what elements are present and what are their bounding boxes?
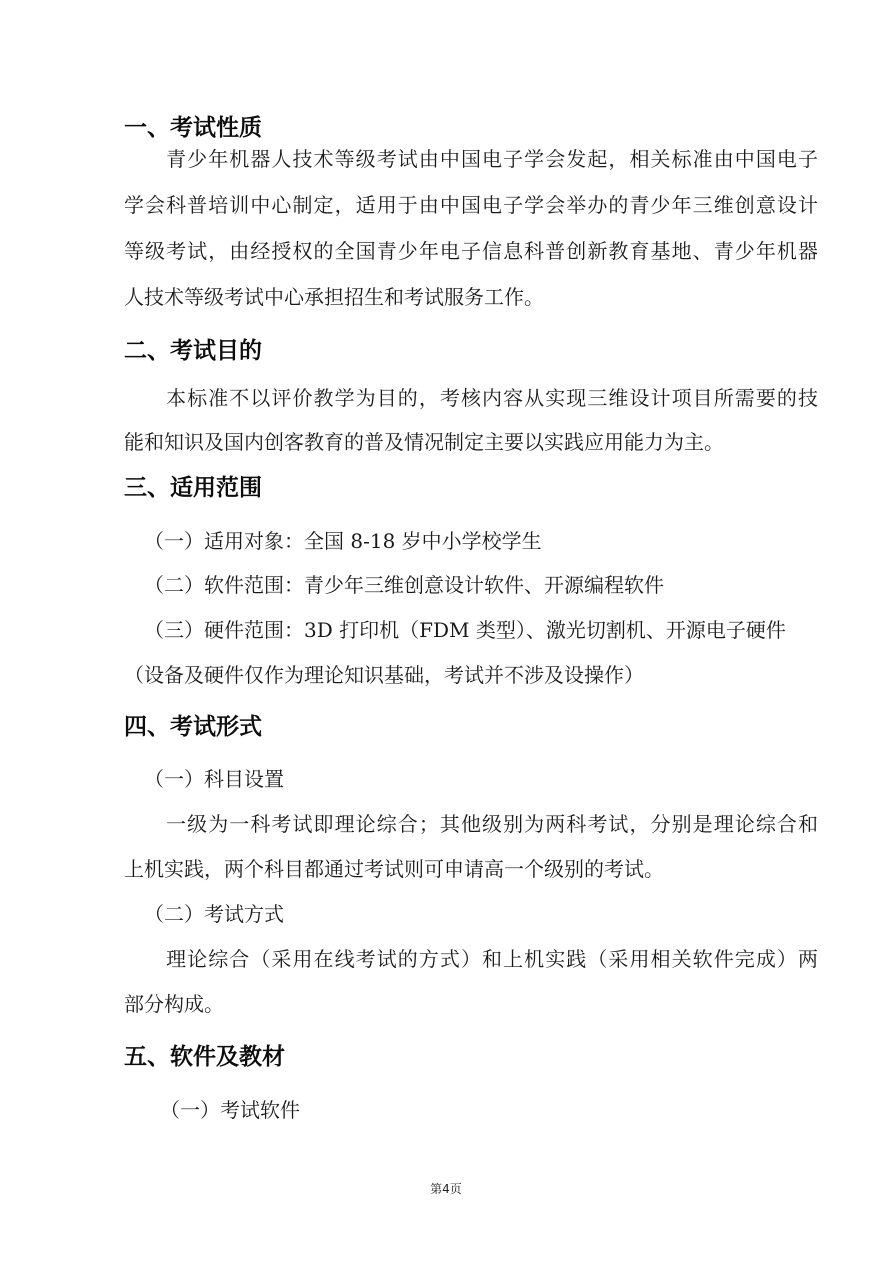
scope-item-hardware: （三）硬件范围：3D 打印机（FDM 类型）、激光切割机、开源电子硬件 — [144, 616, 786, 644]
page-number: 第4页 — [0, 1181, 892, 1197]
subsection-title-subjects: （一）科目设置 — [144, 765, 284, 793]
paragraph-line: 能和知识及国内创客教育的普及情况制定主要以实践应用能力为主。 — [124, 420, 818, 465]
paragraph-line: 部分构成。 — [124, 982, 818, 1027]
section-heading-software-materials: 五、软件及教材 — [124, 1043, 285, 1071]
paragraph-line: 理论综合（采用在线考试的方式）和上机实践（采用相关软件完成）两 — [124, 937, 818, 982]
subsection-title-exam-software: （一）考试软件 — [160, 1096, 300, 1124]
paragraph-line: 人技术等级考试中心承担招生和考试服务工作。 — [124, 275, 818, 320]
scope-item-software: （二）软件范围：青少年三维创意设计软件、开源编程软件 — [144, 571, 664, 599]
scope-item-target: （一）适用对象：全国 8-18 岁中小学校学生 — [144, 527, 542, 555]
paragraph-line: 本标准不以评价教学为目的，考核内容从实现三维设计项目所需要的技 — [124, 376, 818, 421]
document-page: 一、考试性质 青少年机器人技术等级考试由中国电子学会发起，相关标准由中国电子 学… — [0, 0, 892, 1262]
paragraph-line: 学会科普培训中心制定，适用于由中国电子学会举办的青少年三维创意设计 — [124, 183, 818, 228]
paragraph-line: 青少年机器人技术等级考试由中国电子学会发起，相关标准由中国电子 — [124, 137, 818, 182]
paragraph-line: 一级为一科考试即理论综合；其他级别为两科考试，分别是理论综合和 — [124, 802, 818, 847]
scope-note: （设备及硬件仅作为理论知识基础，考试并不涉及设操作） — [124, 661, 644, 689]
section-heading-scope: 三、适用范围 — [124, 474, 262, 502]
section-heading-format: 四、考试形式 — [124, 713, 262, 741]
subsection-title-method: （二）考试方式 — [144, 900, 284, 928]
section-heading-purpose: 二、考试目的 — [124, 337, 262, 365]
paragraph-line: 上机实践，两个科目都通过考试则可申请高一个级别的考试。 — [124, 847, 818, 892]
paragraph-line: 等级考试，由经授权的全国青少年电子信息科普创新教育基地、青少年机器 — [124, 229, 818, 274]
